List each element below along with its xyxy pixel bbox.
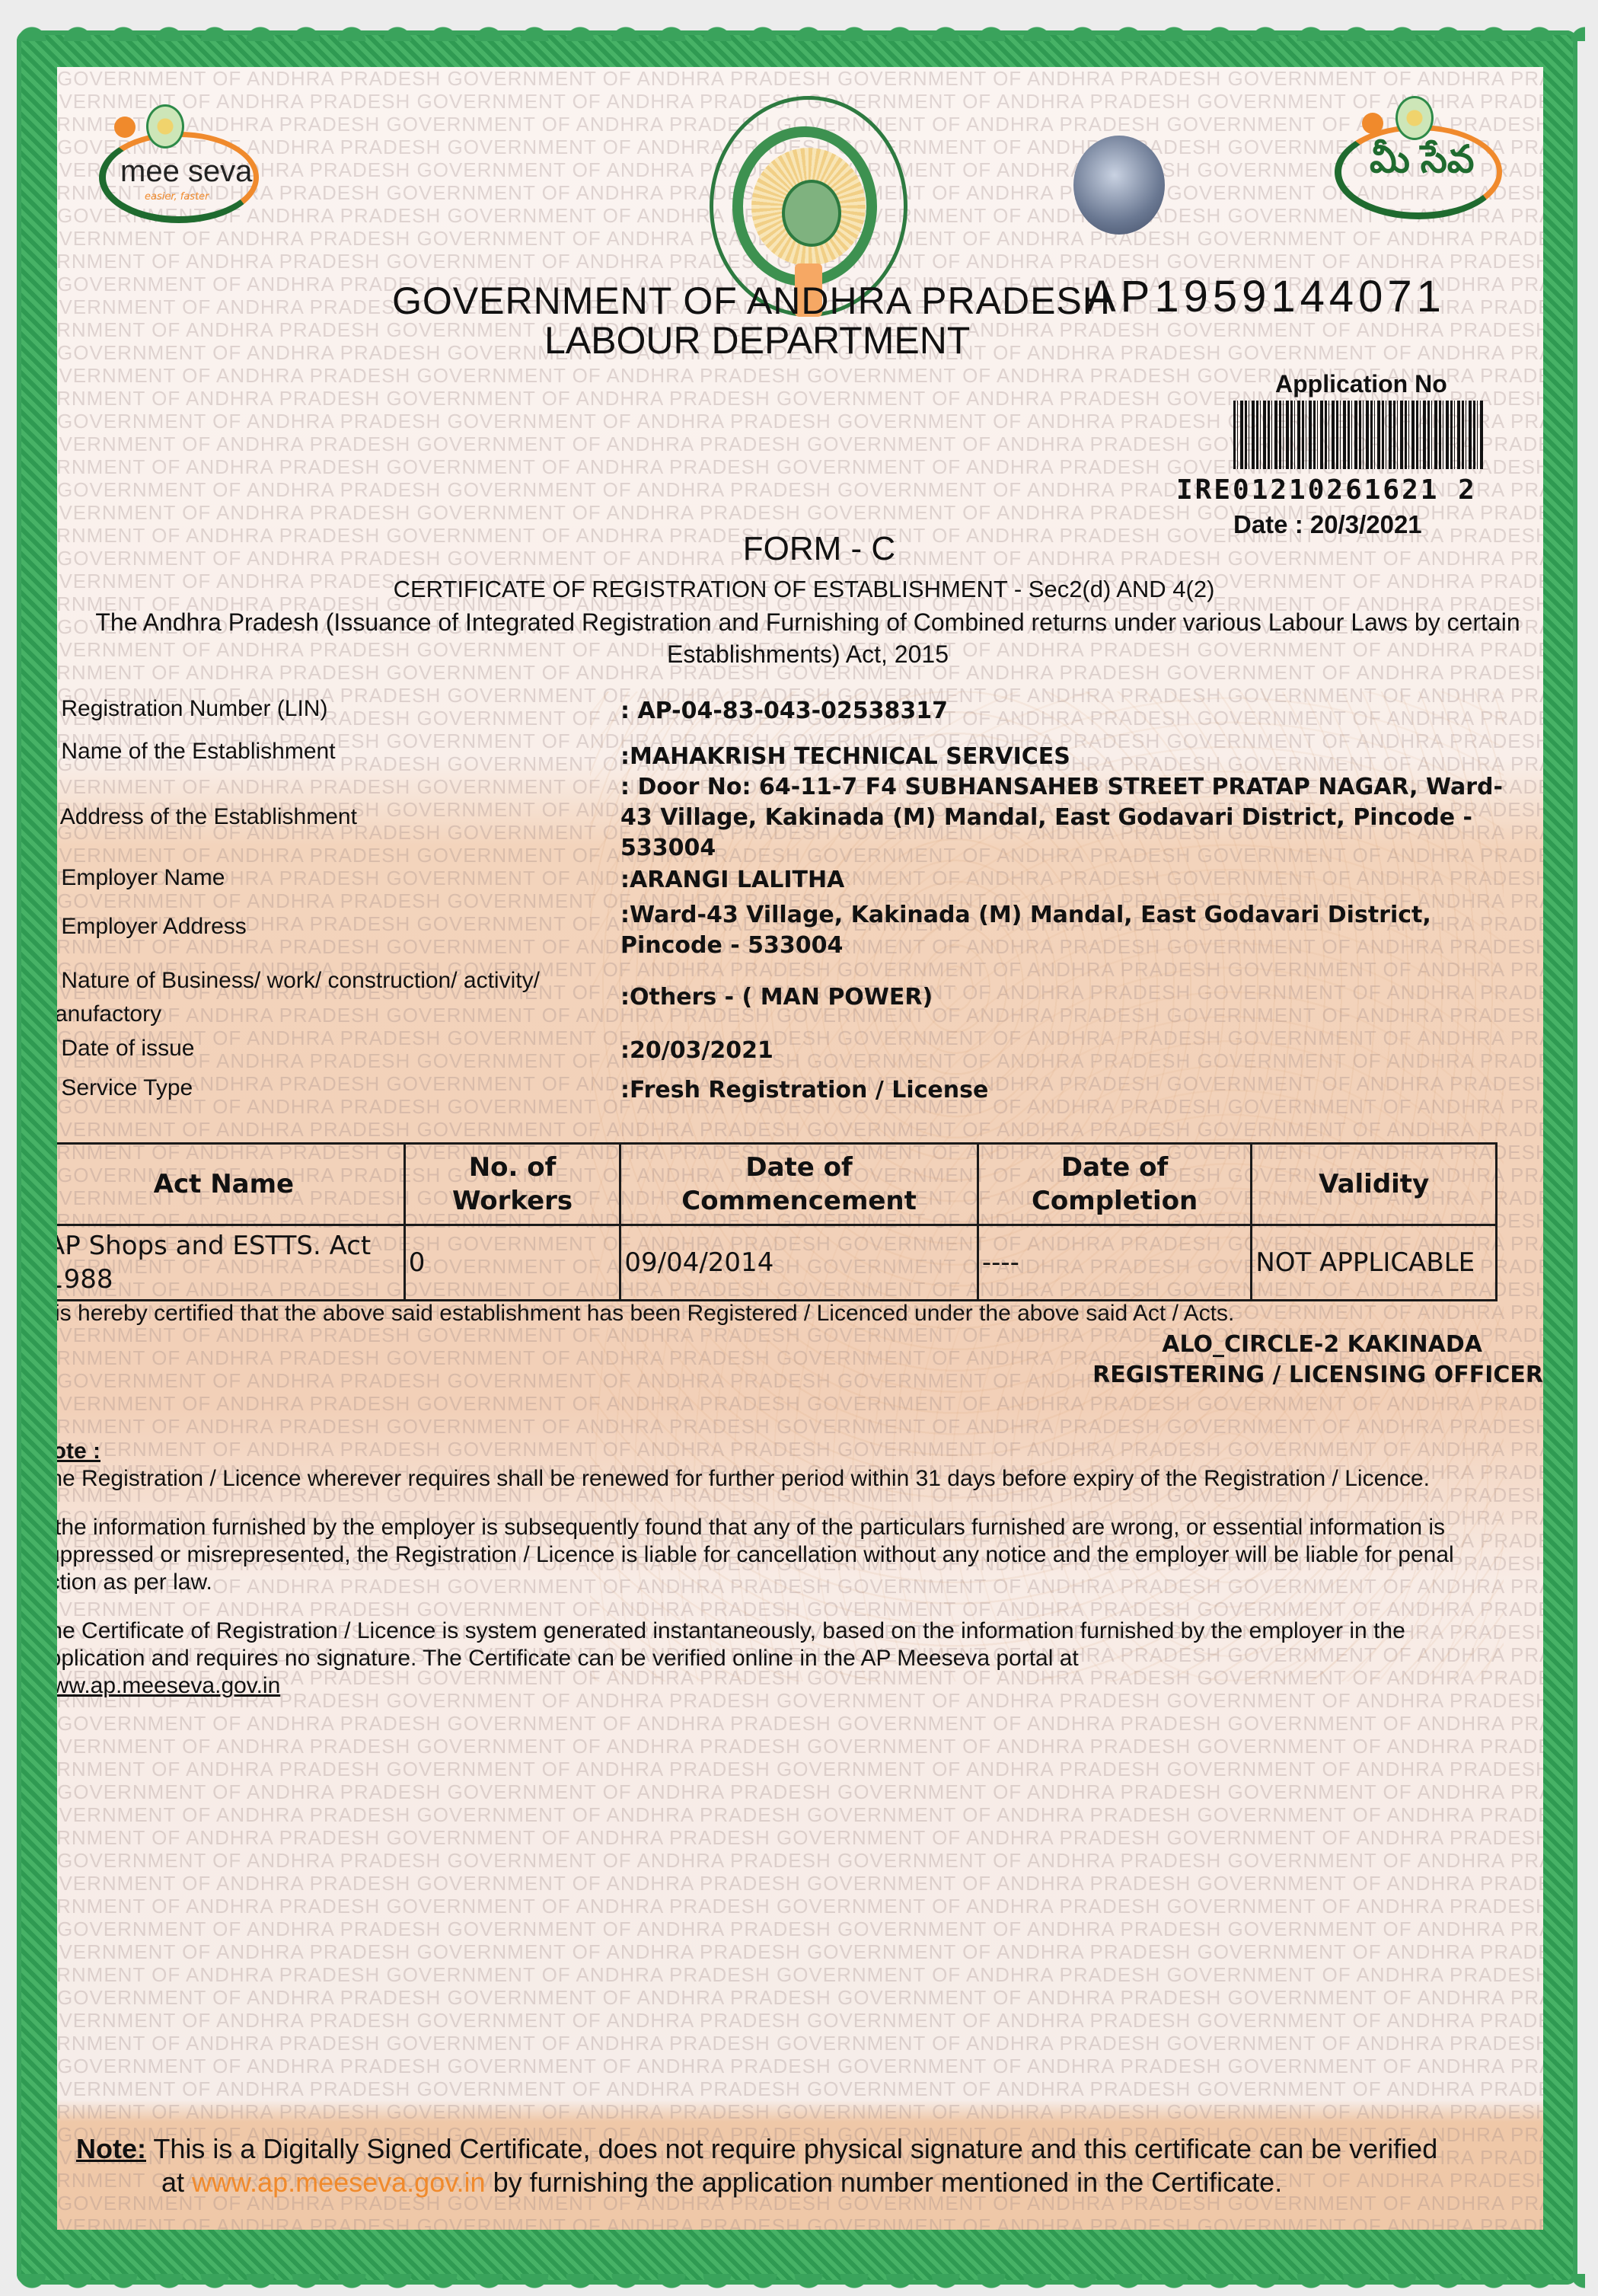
field-value: :ARANGI LALITHA <box>620 865 1488 896</box>
field-value: :Others - ( MAN POWER) <box>620 982 1488 1013</box>
ap-seal-icon <box>146 104 184 148</box>
notes-heading: Note : <box>57 1438 1467 1465</box>
smiley-icon <box>114 117 136 138</box>
note-item: The Certificate of Registration / Licenc… <box>57 1618 1405 1671</box>
certificate-title: CERTIFICATE OF REGISTRATION OF ESTABLISH… <box>57 576 1543 603</box>
footer-note-heading: Note: <box>76 2133 146 2164</box>
column-header: Validity <box>1252 1144 1497 1225</box>
field-label: 7. Date of issue <box>57 1036 194 1062</box>
logo-tagline: easier, faster <box>145 191 209 203</box>
column-header: Act Name <box>57 1144 404 1225</box>
application-code: IRE01210261621 2 <box>1176 474 1477 506</box>
workers-cell: 0 <box>404 1225 620 1301</box>
field-label: 1. Registration Number (LIN) <box>57 696 327 722</box>
mee-seva-logo: mee seva easier, faster <box>91 101 274 231</box>
footer-note-text-after: by furnishing the application number men… <box>493 2167 1283 2198</box>
field-label: 6. Nature of Business/ work/ constructio… <box>57 964 569 1031</box>
field-value: :Fresh Registration / License <box>620 1075 1488 1106</box>
note-item: If the information furnished by the empl… <box>57 1514 1467 1596</box>
application-number-label: Application No <box>1275 370 1447 398</box>
logo-text-telugu: మీ సేవ <box>1370 137 1474 191</box>
smiley-icon <box>1362 113 1383 134</box>
table-header-row: Act Name No. of Workers Date of Commence… <box>57 1144 1497 1225</box>
field-value: : AP-04-83-043-02538317 <box>620 696 1488 726</box>
certification-statement: It is hereby certified that the above sa… <box>57 1301 1234 1327</box>
footer-note-at: at <box>161 2167 184 2198</box>
mee-seva-telugu-logo: మీ సేవ <box>1322 90 1520 231</box>
officer-designation: REGISTERING / LICENSING OFFICER <box>1092 1362 1543 1388</box>
barcode-icon <box>1233 401 1485 469</box>
hologram-sticker-icon <box>1073 136 1165 235</box>
field-label: 8. Service Type <box>57 1075 193 1101</box>
field-value: : Door No: 64-11-7 F4 SUBHANSAHEB STREET… <box>620 772 1534 864</box>
footer-meeseva-link[interactable]: www.ap.meeseva.gov.in <box>192 2167 486 2198</box>
field-label: 2. Name of the Establishment <box>57 739 336 765</box>
government-title: GOVERNMENT OF ANDHRA PRADESH <box>392 279 1111 323</box>
note-item: The Registration / Licence wherever requ… <box>57 1465 1467 1493</box>
field-label: 4. Employer Name <box>57 865 225 891</box>
department-title: LABOUR DEPARTMENT <box>544 318 970 362</box>
certificate-paper: GOVERNMENT OF ANDHRA PRADESH GOVERNMENT … <box>57 67 1543 2230</box>
commencement-cell: 09/04/2014 <box>620 1225 978 1301</box>
acts-table: Act Name No. of Workers Date of Commence… <box>57 1142 1498 1301</box>
notes-section: Note : The Registration / Licence wherev… <box>57 1438 1467 1700</box>
meeseva-portal-link[interactable]: www.ap.meeseva.gov.in <box>57 1673 280 1698</box>
act-title: The Andhra Pradesh (Issuance of Integrat… <box>88 606 1528 670</box>
table-row: AP Shops and ESTTS. Act 1988 0 09/04/201… <box>57 1225 1497 1301</box>
ap-seal-icon <box>1395 96 1434 140</box>
application-number-large: AP1959144071 <box>1086 271 1446 322</box>
digital-signature-note: Note: This is a Digitally Signed Certifi… <box>76 2132 1523 2199</box>
column-header: Date of Commencement <box>620 1144 978 1225</box>
field-label: 5. Employer Address <box>57 914 247 940</box>
logo-text: mee seva <box>120 155 252 189</box>
field-value: :MAHAKRISH TECHNICAL SERVICES <box>620 742 1488 772</box>
field-value: :Ward-43 Village, Kakinada (M) Mandal, E… <box>620 900 1534 961</box>
footer-note-text: This is a Digitally Signed Certificate, … <box>153 2133 1437 2164</box>
completion-cell: ---- <box>978 1225 1252 1301</box>
validity-cell: NOT APPLICABLE <box>1252 1225 1497 1301</box>
field-label: 3. Address of the Establishment <box>57 804 357 830</box>
form-title: FORM - C <box>57 530 1543 568</box>
field-value: :20/03/2021 <box>620 1036 1488 1066</box>
column-header: Date of Completion <box>978 1144 1252 1225</box>
act-name-cell: AP Shops and ESTTS. Act 1988 <box>57 1225 404 1301</box>
issuing-office: ALO_CIRCLE-2 KAKINADA <box>1162 1331 1482 1358</box>
column-header: No. of Workers <box>404 1144 620 1225</box>
